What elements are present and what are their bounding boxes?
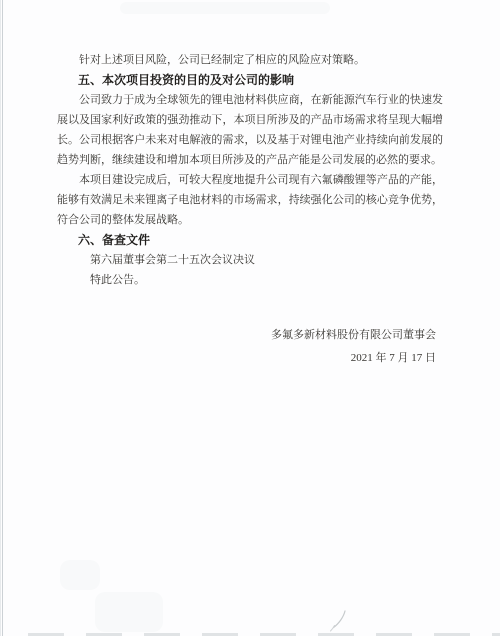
scan-pen-mark bbox=[329, 610, 347, 632]
scanned-announcement-page: 针对上述项目风险，公司已经制定了相应的风险应对策略。 五、本次项目投资的目的及对… bbox=[0, 0, 500, 636]
scan-mottle-bottom-left bbox=[95, 592, 163, 632]
document-body: 针对上述项目风险，公司已经制定了相应的风险应对策略。 五、本次项目投资的目的及对… bbox=[57, 50, 443, 290]
section6-item-1: 第六届董事会第二十五次会议决议 bbox=[57, 250, 443, 270]
scan-left-edge-line bbox=[2, 0, 3, 636]
risk-response-paragraph: 针对上述项目风险，公司已经制定了相应的风险应对策略。 bbox=[57, 50, 443, 70]
closing-line: 特此公告。 bbox=[57, 270, 443, 290]
scan-left-edge-outer bbox=[0, 0, 1, 636]
signature-date: 2021 年 7 月 17 日 bbox=[271, 347, 436, 370]
section5-heading: 五、本次项目投资的目的及对公司的影响 bbox=[57, 70, 443, 90]
section5-paragraph-1: 公司致力于成为全球领先的锂电池材料供应商，在新能源汽车行业的快速发展以及国家利好… bbox=[57, 90, 443, 170]
scan-mottle-left bbox=[60, 560, 100, 590]
section6-heading: 六、备查文件 bbox=[57, 230, 443, 250]
scan-mottle-top bbox=[120, 2, 330, 14]
signature-block: 多氟多新材料股份有限公司董事会 2021 年 7 月 17 日 bbox=[271, 324, 436, 370]
signature-company: 多氟多新材料股份有限公司董事会 bbox=[271, 324, 436, 347]
section5-paragraph-2: 本项目建设完成后，可较大程度地提升公司现有六氟磷酸锂等产品的产能，能够有效满足未… bbox=[57, 170, 443, 230]
